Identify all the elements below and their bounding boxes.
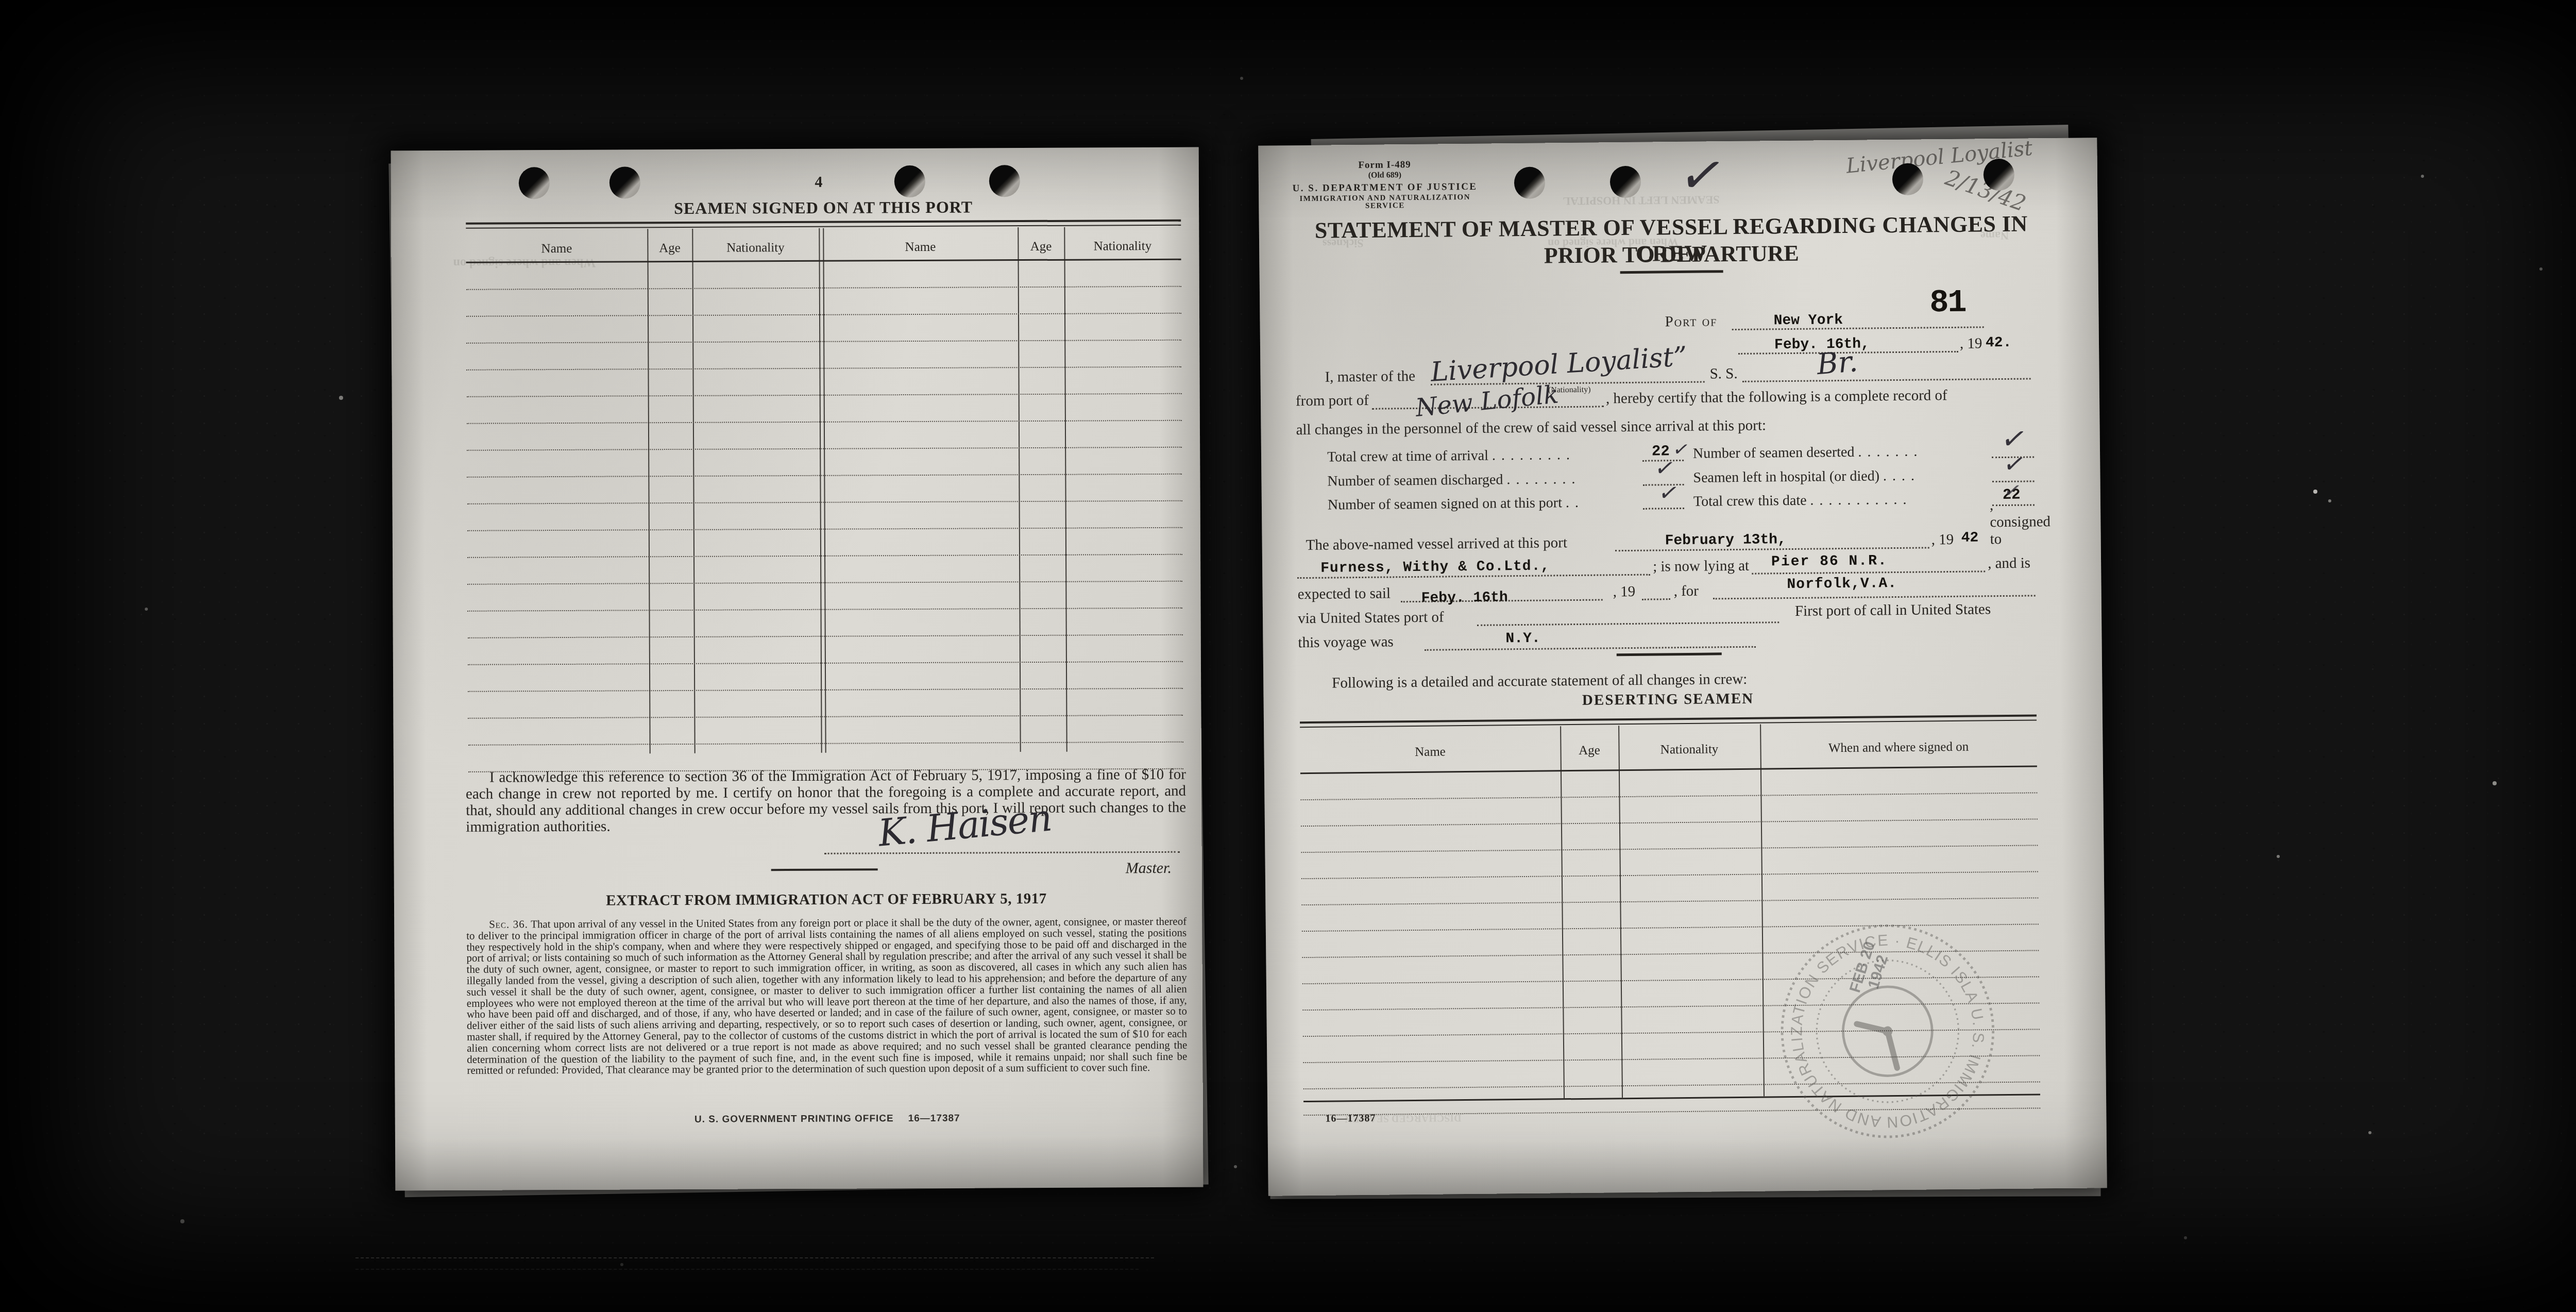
table-row [466,341,1181,371]
voyage-pre: this voyage was [1298,633,1394,651]
sail-date: Feby. 16th [1421,590,1508,607]
port-blank [1732,310,1984,330]
form-footer-number: 16—17387 [1325,1113,1376,1125]
stat-total-arrival: Total crew at time of arrival . . . . . … [1327,446,1683,465]
acknowledgment-paragraph: I acknowledge this reference to section … [466,766,1187,835]
footer-number: 16—17387 [908,1113,960,1124]
arrived-pre: The above-named vessel arrived at this p… [1306,534,1568,553]
divider-rule [1617,652,1722,656]
nationality-handwriting: Br. [1816,345,1859,381]
table-row [467,421,1182,451]
year-prefix: , 19 [1960,335,1982,352]
table-row [467,448,1182,478]
form-header-block: Form I-489 (Old 689) U. S. DEPARTMENT OF… [1287,159,1483,211]
lying-at: Pier 86 N.R. [1771,553,1888,570]
dot-leader: . . [1566,495,1580,511]
table-row [468,635,1183,665]
punch-hole [989,165,1020,197]
table-row [468,689,1183,719]
stat-hospital: Seamen left in hospital (or died) . . . … [1693,466,2034,485]
master-pre: I, master of the [1325,368,1415,385]
column-header: Nationality [1064,239,1181,254]
ss-label: S. S. [1709,365,1737,383]
form-old-number: (Old 689) [1287,171,1483,181]
arrived-post: , consigned to [1990,496,2051,548]
footer-office: U. S. GOVERNMENT PRINTING OFFICE [694,1113,894,1125]
voyage-blank [1424,630,1755,651]
dot-leader: . . . . . . . [1858,444,1918,460]
from-port-pre: from port of [1296,392,1369,409]
stat-total-date: Total crew this date . . . . . . . . . .… [1693,490,2035,509]
right-page: SEAMEN LEFT IN HOSPITAL Sickness When an… [1258,138,2107,1196]
stat-label: Number of seamen discharged [1327,472,1503,489]
section-36-text: That upon arrival of any vessel in the U… [466,915,1187,1076]
page-number: 4 [803,174,834,191]
record-line: all changes in the personnel of the crew… [1296,417,1766,439]
left-page: When and where signed on 4 SEAMEN SIGNED… [391,147,1204,1191]
sail-for: , for [1673,583,1699,600]
department-name: U. S. DEPARTMENT OF JUSTICE [1287,182,1483,194]
nationality-blank [1742,362,2030,382]
stat-label: Number of seamen deserted [1693,444,1855,462]
from-port-line: from port of , hereby certify that the f… [1296,385,2033,410]
title-rule [1620,270,1723,274]
consignee: Furness, Withy & Co.Ltd., [1320,558,1550,576]
stat-deserted: Number of seamen deserted . . . . . . . [1693,442,2034,461]
via-pre: via United States port of [1298,609,1444,627]
column-header: Age [647,241,692,256]
stat-signed-on: Number of seamen signed on at this port … [1328,494,1683,513]
port-value: New York [1773,312,1843,329]
stat-discharged: Number of seamen discharged . . . . . . … [1327,470,1683,489]
sail-year-blank [1641,582,1670,600]
extract-heading: EXTRACT FROM IMMIGRATION ACT OF FEBRUARY… [466,890,1187,910]
stat-label: Total crew at time of arrival [1327,448,1488,465]
voyage-port: N.Y. [1505,631,1540,647]
film-scratch [355,1269,1139,1270]
left-page-heading: SEAMEN SIGNED ON AT THIS PORT [466,197,1181,219]
punch-hole [609,166,640,198]
film-scratch [355,1257,1154,1258]
dot-leader: . . . . . . . . [1506,471,1576,487]
section-label: Sec. 36. [489,918,528,930]
lying-post: , and is [1988,555,2030,573]
date-row: Feby. 16th, , 19 42. [1738,334,2033,354]
divider-rule [771,868,878,871]
stat-label: Seamen left in hospital (or died) [1693,468,1879,485]
table-row [466,287,1181,317]
column-header: When and where signed on [1760,739,2037,756]
arrived-line: The above-named vessel arrived at this p… [1306,530,2035,554]
punch-hole [1514,167,1546,199]
year-value: 42. [1986,335,2012,351]
signed-on-table: Name Age Nationality Name Age Nationalit… [466,220,1183,754]
dot-leader: . . . . . . . . . [1492,447,1571,463]
arrival-date: February 13th, [1665,532,1787,549]
table-row [467,582,1182,612]
port-label: Port of [1665,313,1717,330]
service-name: IMMIGRATION AND NATURALIZATION SERVICE [1287,194,1483,211]
table-row [466,314,1181,344]
table-row [466,367,1181,397]
form-number: Form I-489 [1287,159,1483,171]
punch-hole [519,167,550,199]
via-blank [1477,605,1779,626]
table-row [467,555,1182,585]
punch-hole [1984,159,2015,191]
from-port-post: , hereby certify that the following is a… [1606,387,1947,407]
punch-hole [894,165,925,197]
consignee-line: Furness, Withy & Co.Ltd., ; is now lying… [1297,554,2035,579]
punch-hole [1610,166,1641,198]
following-line: Following is a detailed and accurate sta… [1332,671,1747,692]
lying-pre: ; is now lying at [1653,558,1749,576]
stat-label: Number of seamen signed on at this port [1328,495,1562,513]
sail-line: expected to sail Feby. 16th , 19 , for [1297,579,2035,603]
table-row [467,501,1182,531]
via-line: via United States port of First port of … [1298,603,2036,628]
deserting-seamen-heading: DESERTING SEAMEN [1299,687,2036,712]
arrival-year: 42 [1961,530,1978,546]
sail-year-prefix: , 19 [1613,583,1635,600]
section-36-paragraph: Sec. 36. That upon arrival of any vessel… [466,916,1187,1076]
signature-line [824,851,1180,854]
arr-year-prefix: , 19 [1931,531,1954,548]
destination-blank [1713,579,2035,599]
column-header: Nationality [1618,742,1760,758]
port-row: Port of New York [1665,310,2032,331]
dust-specks [0,0,2,2]
dot-leader: . . . . . . . . . . . [1810,492,1907,509]
table-row [467,528,1182,558]
microfilm-scan: When and where signed on 4 SEAMEN SIGNED… [0,0,2576,1312]
master-label: Master. [1126,860,1172,877]
table-rows [466,260,1183,772]
sail-pre: expected to sail [1297,585,1391,602]
table-row [468,609,1183,638]
table-row [466,260,1181,290]
table-row [467,394,1182,424]
column-header: Age [1018,240,1064,254]
column-header: Name [466,241,647,257]
column-header: Age [1560,743,1618,758]
checkmark-icon: ✓ [1675,148,1730,203]
table-row [468,716,1183,746]
dot-leader: . . . . [1883,468,1916,484]
column-header: Name [823,240,1018,255]
punch-hole [1892,163,1924,195]
stat-label: Total crew this date [1693,493,1807,510]
table-row [467,475,1182,504]
printing-office-footer: U. S. GOVERNMENT PRINTING OFFICE16—17387 [467,1112,1188,1126]
voyage-line: this voyage was N.Y. [1298,627,2036,652]
column-header: Name [1300,744,1560,761]
first-port-note: First port of call in United States [1795,601,1991,620]
table-row [468,662,1183,692]
column-header: Nationality [692,241,819,256]
